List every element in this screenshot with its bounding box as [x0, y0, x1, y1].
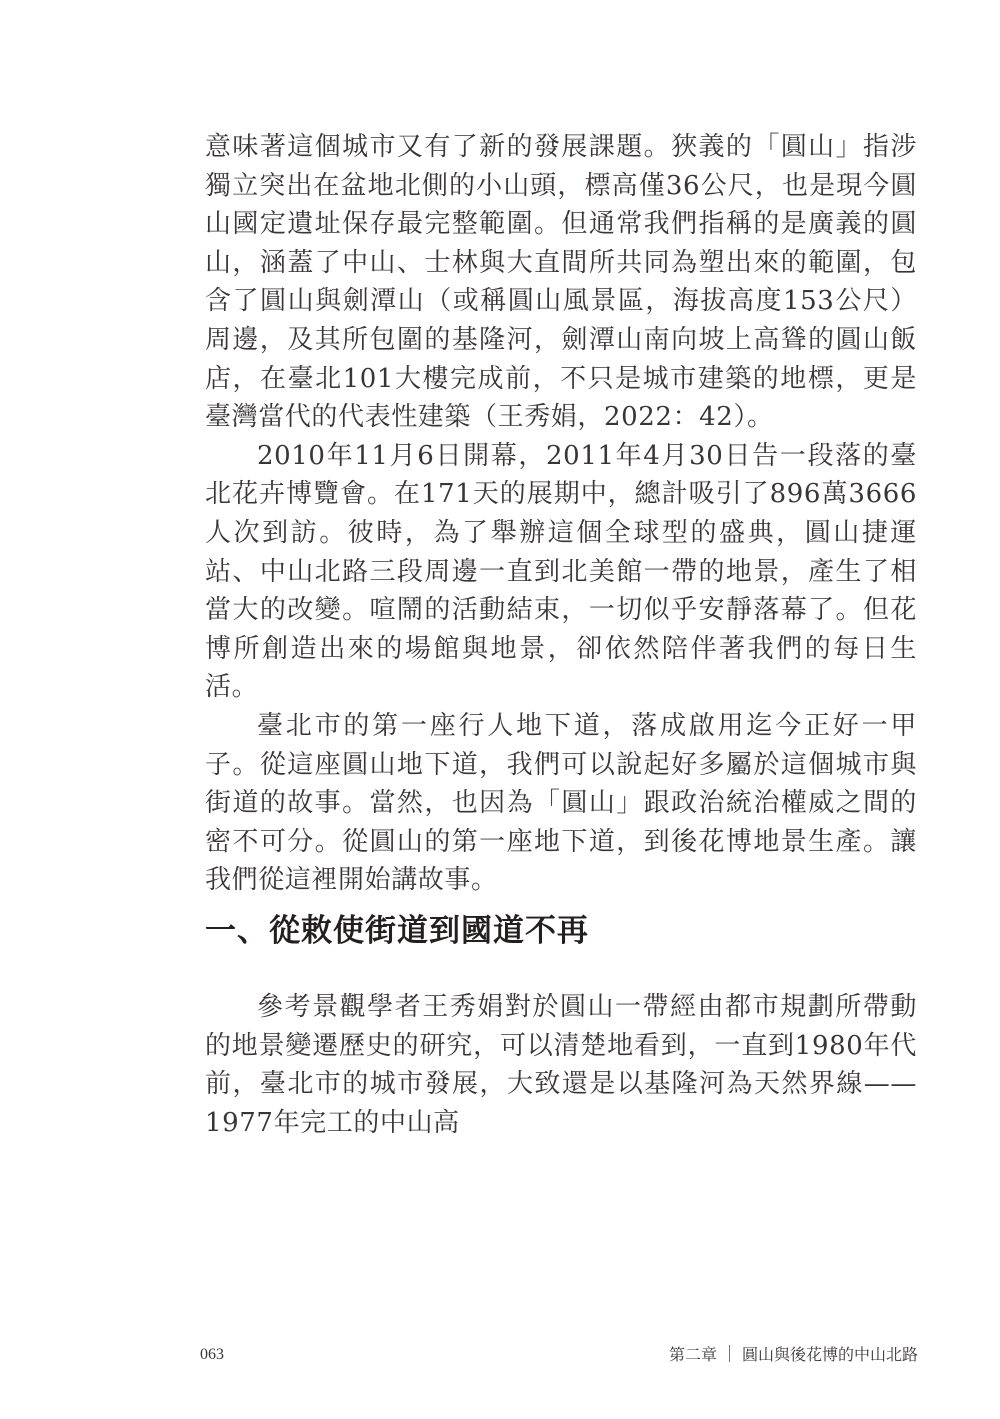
body-text: 意味著這個城市又有了新的發展課題。狹義的「圓山」指涉獨立突出在盆地北側的小山頭，…: [205, 128, 917, 900]
running-footer: 第二章 圓山與後花博的中山北路: [669, 1342, 918, 1365]
paragraph-2: 2010年11月6日開幕，2011年4月30日告一段落的臺北花卉博覽會。在171…: [205, 437, 917, 707]
chapter-label: 第二章: [669, 1342, 717, 1365]
footer-divider: [729, 1345, 730, 1362]
page-number: 063: [200, 1346, 224, 1364]
section-body: 參考景觀學者王秀娟對於圓山一帶經由都市規劃所帶動的地景變遷歷史的研究，可以清楚地…: [205, 988, 917, 1142]
paragraph-3: 臺北市的第一座行人地下道，落成啟用迄今正好一甲子。從這座圓山地下道，我們可以說起…: [205, 707, 917, 900]
section-paragraph-1: 參考景觀學者王秀娟對於圓山一帶經由都市規劃所帶動的地景變遷歷史的研究，可以清楚地…: [205, 988, 917, 1142]
chapter-title: 圓山與後花博的中山北路: [742, 1342, 918, 1365]
section-heading: 一、從敕使街道到國道不再: [205, 905, 589, 950]
paragraph-1: 意味著這個城市又有了新的發展課題。狹義的「圓山」指涉獨立突出在盆地北側的小山頭，…: [205, 128, 917, 437]
